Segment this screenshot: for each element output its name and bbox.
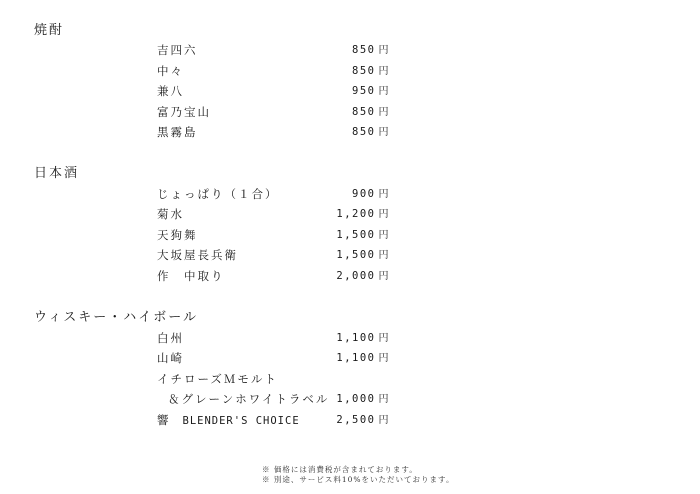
menu-item-price: 1,500円 bbox=[336, 248, 390, 263]
menu-item-name-latin: BLENDER'S CHOICE bbox=[183, 415, 300, 427]
menu-item-name: 天狗舞 bbox=[157, 228, 198, 242]
section-title-shochu: 焼酎 bbox=[34, 23, 64, 39]
menu-item-name: 中々 bbox=[157, 64, 184, 78]
menu-item-price: 2,500円 bbox=[336, 413, 390, 428]
footer-note-service-charge: ※ 別途、サービス料10%をいただいております。 bbox=[262, 475, 454, 485]
menu-item-name: 菊水 bbox=[157, 207, 184, 221]
menu-item-price: 850円 bbox=[352, 64, 390, 79]
menu-item-price: 950円 bbox=[352, 84, 390, 99]
menu-item-price: 1,200円 bbox=[336, 207, 390, 222]
menu-item-name: 黒霧島 bbox=[157, 125, 198, 139]
menu-item-name: 作 中取り bbox=[157, 269, 225, 283]
section-title-sake: 日本酒 bbox=[34, 166, 79, 182]
section-title-whisky-highball: ウィスキー・ハイボール bbox=[34, 310, 198, 326]
menu-item-name: 山崎 bbox=[157, 351, 184, 365]
menu-item-name: 白州 bbox=[157, 331, 184, 345]
menu-item-name: 大坂屋長兵衛 bbox=[157, 248, 238, 262]
menu-item-name: イチローズＭモルト bbox=[157, 372, 278, 386]
menu-item-name: 兼八 bbox=[157, 84, 184, 98]
menu-item-price: 1,100円 bbox=[336, 331, 390, 346]
menu-item-price: 850円 bbox=[352, 105, 390, 120]
menu-item-price: 1,000円 bbox=[336, 392, 390, 407]
menu-item-price: 850円 bbox=[352, 43, 390, 58]
menu-item-price: 850円 bbox=[352, 125, 390, 140]
menu-item-name: じょっぱり（１合） bbox=[157, 187, 279, 201]
menu-item-price: 900円 bbox=[352, 187, 390, 202]
menu-item-price: 1,500円 bbox=[336, 228, 390, 243]
menu-item-price: 2,000円 bbox=[336, 269, 390, 284]
footer-note-tax: ※ 価格には消費税が含まれております。 bbox=[262, 465, 418, 475]
menu-item-name: 富乃宝山 bbox=[157, 105, 211, 119]
menu-item-name: 吉四六 bbox=[157, 43, 198, 57]
menu-item-name-line2: ＆グレーンホワイトラベル bbox=[168, 392, 329, 406]
menu-item-price: 1,100円 bbox=[336, 351, 390, 366]
menu-item-name: 響BLENDER'S CHOICE bbox=[157, 413, 300, 428]
